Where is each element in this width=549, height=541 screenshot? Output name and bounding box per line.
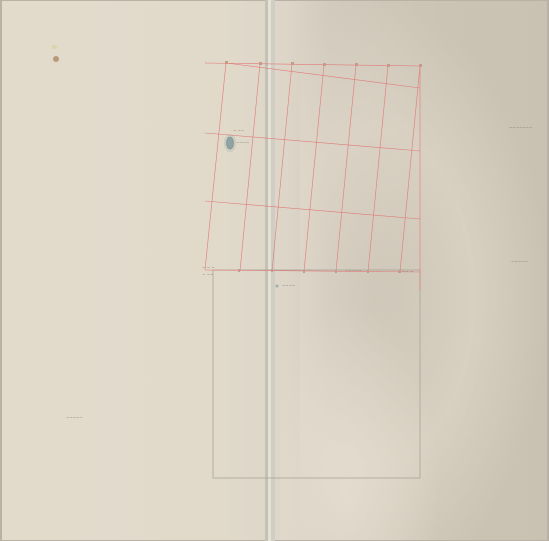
islet-shape [276, 285, 279, 288]
bottom-label-left-1: ~ ~ ~ [202, 265, 215, 270]
graticule-ticks [225, 61, 422, 273]
map-sheet: · ~ ~~ ~~~~ ~ ~ ~ ~ ~~ ~~~~~ ~~ ~ ~~~~ ~… [0, 0, 549, 541]
right-margin-label-1: ~~~~~~~ [509, 125, 532, 130]
corner-label-top-left: · [205, 59, 206, 64]
island-halo [224, 134, 236, 152]
parallels [205, 63, 420, 272]
right-margin-label-2: ~~~~~ [511, 259, 528, 264]
island-label-2: ~~~~ [236, 140, 249, 145]
island-label-1: ~ ~~ [233, 128, 244, 133]
islet-label: ~~~~ [282, 283, 295, 288]
left-lower-label: ~~~~~ [66, 415, 83, 420]
bottom-label-mid: ~~~~~ [345, 268, 362, 273]
meridians [205, 63, 420, 290]
bottom-label-left-2: ~ ~~ [202, 272, 213, 277]
graticule-overlay [0, 0, 549, 541]
neatline-box [213, 270, 420, 478]
bottom-label-right: ~~ ~ [402, 269, 413, 274]
